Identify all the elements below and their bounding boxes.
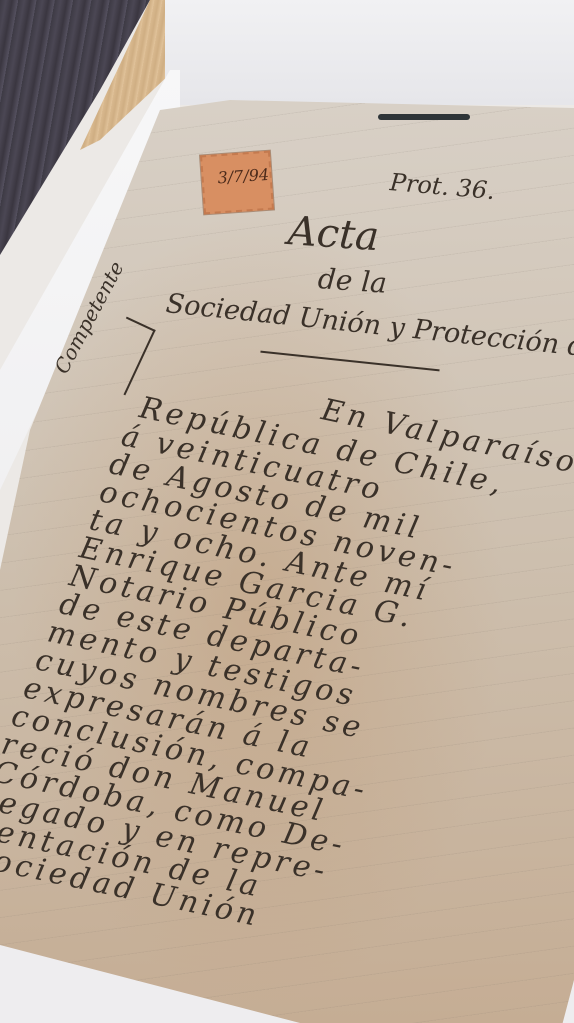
binding-clip-mark [378, 114, 470, 120]
document-title: Acta [286, 208, 380, 260]
revenue-stamp: 3/7/94 [200, 151, 274, 215]
folder-top-flap [165, 0, 574, 105]
title-connector: de la [317, 262, 388, 300]
stamp-cancellation: 3/7/94 [217, 165, 270, 188]
